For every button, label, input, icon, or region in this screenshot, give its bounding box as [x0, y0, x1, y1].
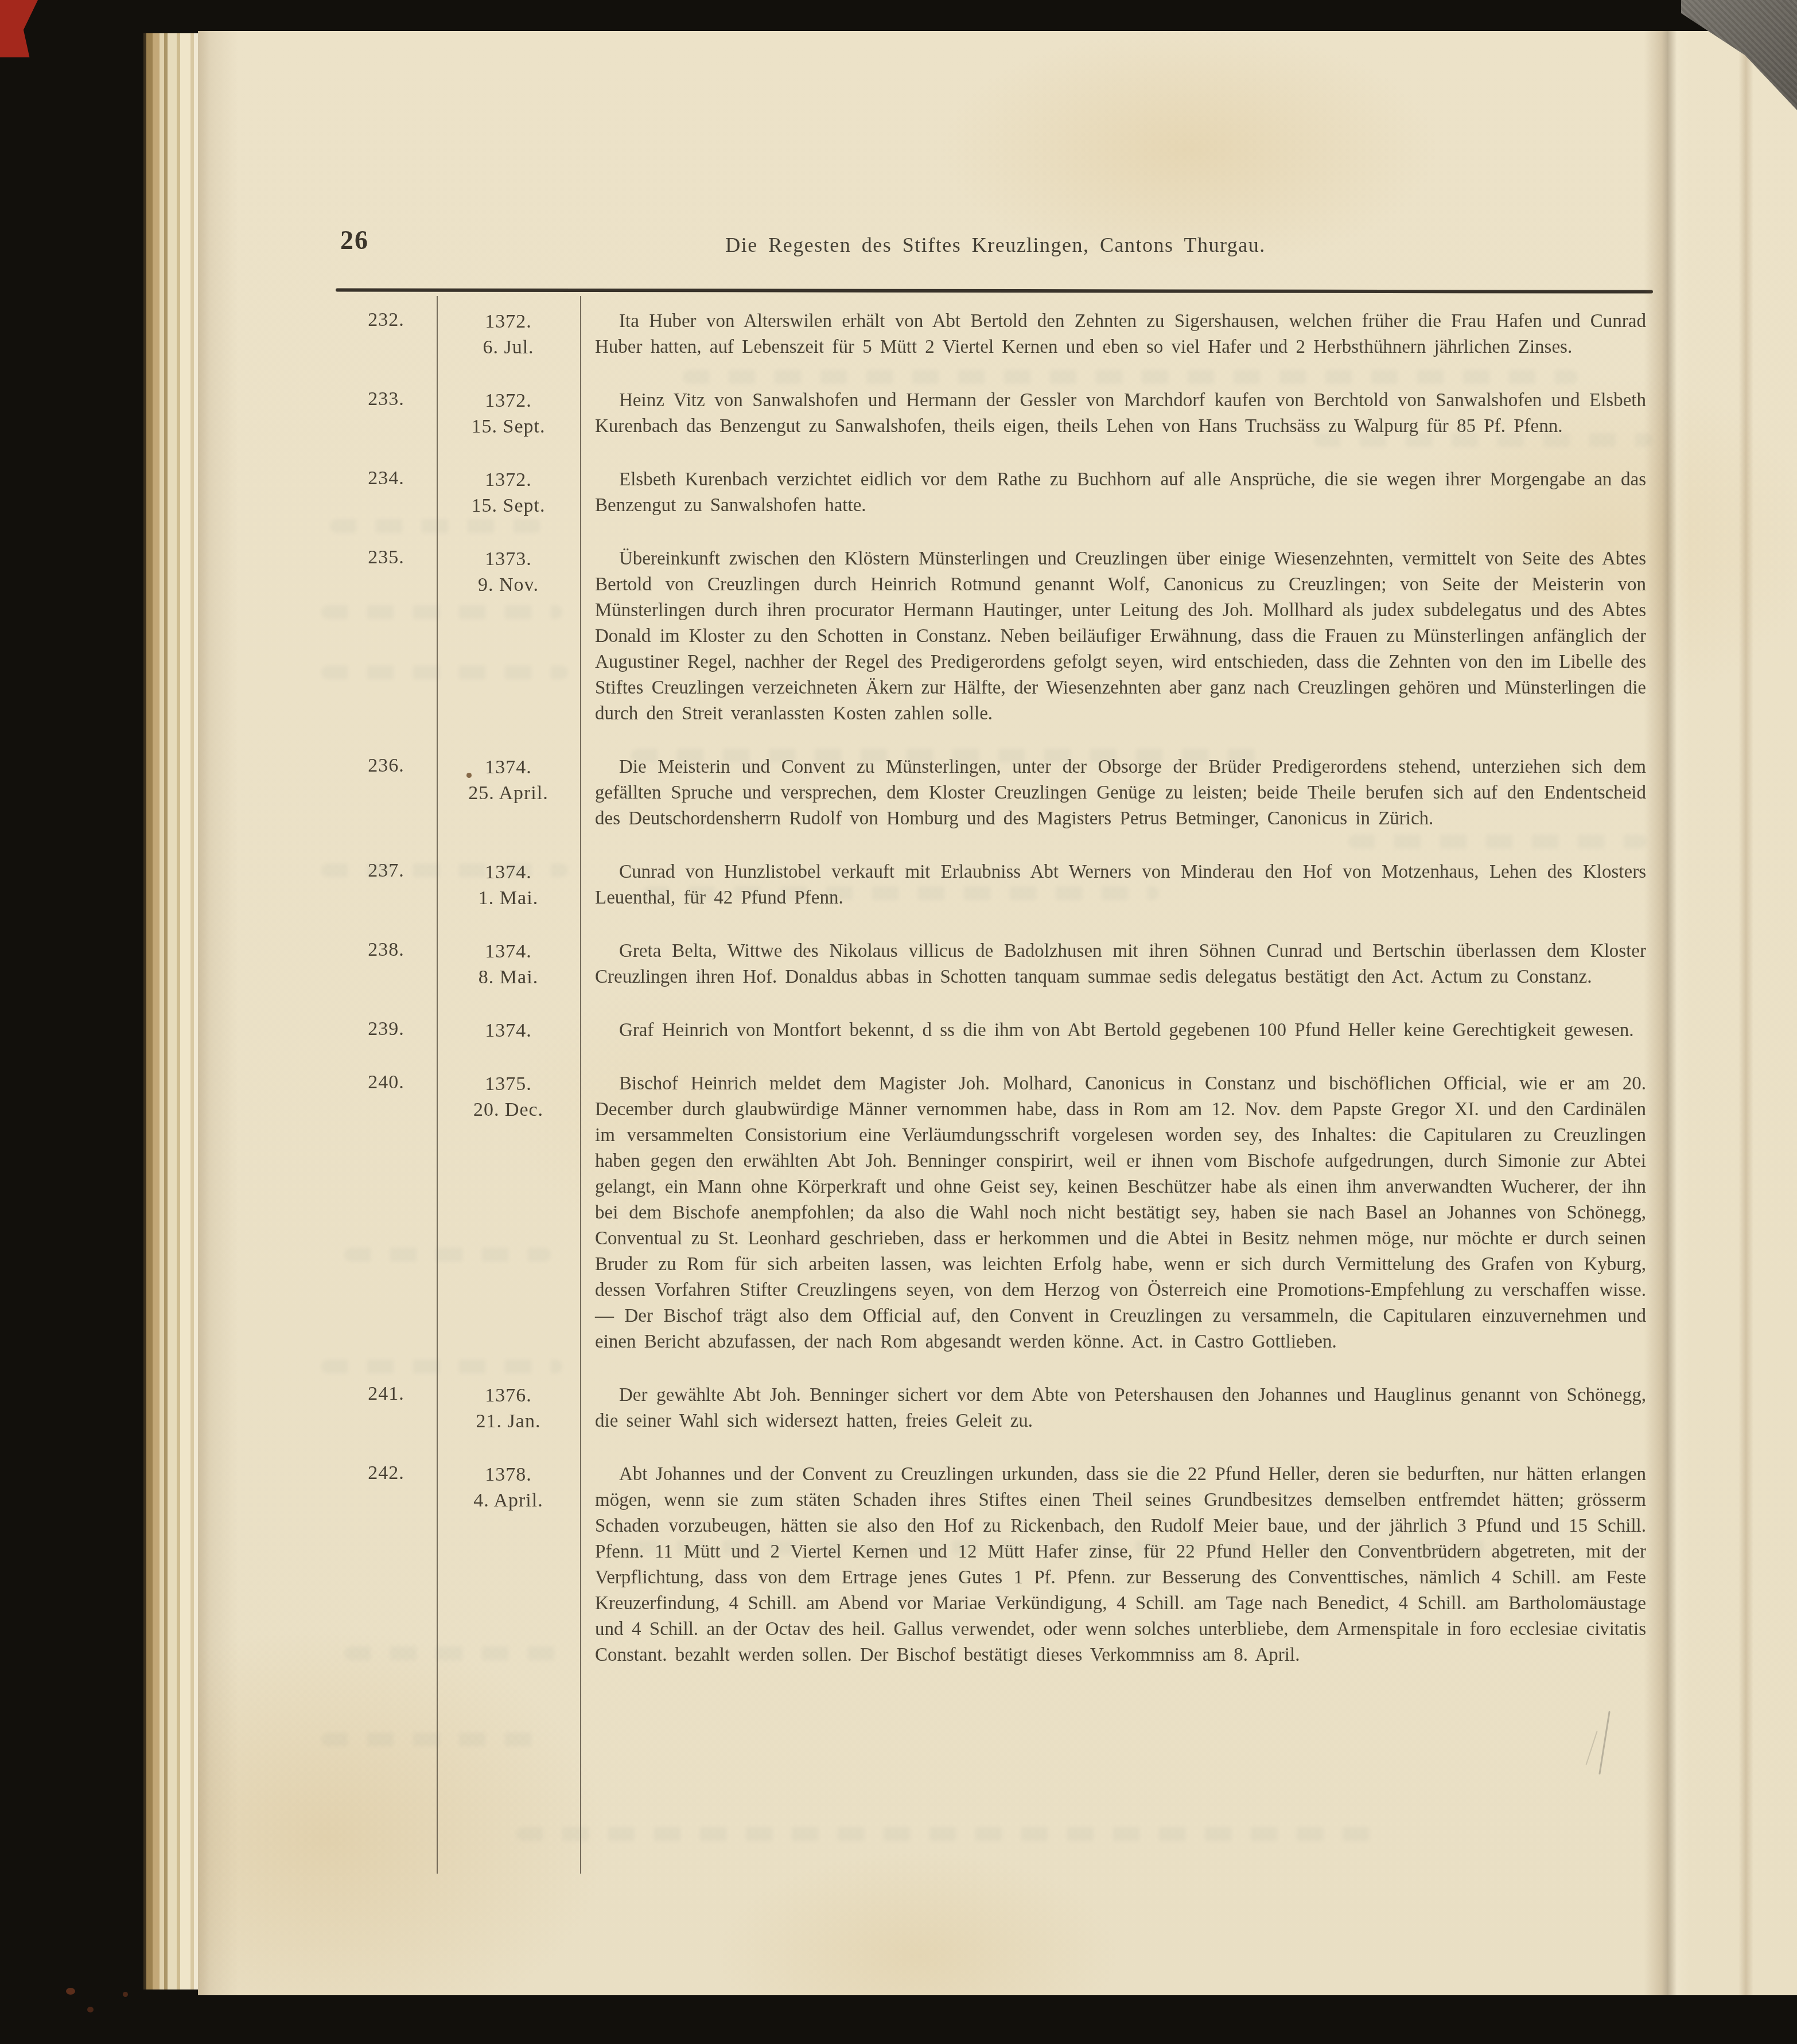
regest-entry: 241. 1376. 21. Jan. Der gewählte Abt Joh…	[336, 1383, 1653, 1434]
regest-entry: 242. 1378. 4. April. Abt Johannes und de…	[336, 1462, 1653, 1668]
regesten-list: 232. 1372. 6. Jul. Ita Huber von Altersw…	[336, 309, 1653, 1668]
regest-entry: 238. 1374. 8. Mai. Greta Belta, Wittwe d…	[336, 939, 1653, 990]
entry-number: 232.	[336, 309, 437, 331]
entry-year: 1378.	[437, 1462, 580, 1488]
entry-year: 1372.	[437, 388, 580, 414]
entry-year: 1373.	[437, 546, 580, 572]
bleed-through-ghost	[683, 370, 1578, 384]
regest-entry: 235. 1373. 9. Nov. Übereinkunft zwischen…	[336, 546, 1653, 727]
entry-date: 1372. 15. Sept.	[437, 388, 580, 439]
bleed-through-ghost	[321, 1732, 551, 1746]
entry-day: 25. April.	[437, 780, 580, 806]
bleed-through-ghost	[344, 1248, 551, 1262]
pencil-mark	[1585, 1731, 1597, 1765]
entry-day: 9. Nov.	[437, 572, 580, 598]
entry-number: 236.	[336, 754, 437, 777]
entry-text: Cunrad von Hunzlistobel verkauft mit Erl…	[580, 859, 1653, 911]
regest-entry: 240. 1375. 20. Dec. Bischof Heinrich mel…	[336, 1071, 1653, 1355]
entry-year: 1375.	[437, 1071, 580, 1097]
bleed-through-ghost	[631, 1540, 1492, 1554]
entry-year: 1374.	[437, 754, 580, 780]
entry-year: 1372.	[437, 309, 580, 334]
rust-speck	[66, 1988, 75, 1995]
entry-date: 1372. 6. Jul.	[437, 309, 580, 360]
regest-entry: 236. 1374. 25. April. Die Meisterin und …	[336, 754, 1653, 832]
entry-day: 4. April.	[437, 1488, 580, 1513]
regest-entry: 232. 1372. 6. Jul. Ita Huber von Altersw…	[336, 309, 1653, 360]
entry-text: Der gewählte Abt Joh. Benninger sichert …	[580, 1383, 1653, 1434]
entry-date: 1375. 20. Dec.	[437, 1071, 580, 1123]
bleed-through-ghost	[1314, 433, 1652, 447]
header-rule	[336, 288, 1653, 293]
page-fold-crease	[1644, 31, 1690, 1995]
bleed-through-ghost	[1348, 835, 1647, 848]
entry-year: 1374.	[437, 939, 580, 964]
entry-number: 240.	[336, 1071, 437, 1093]
entry-day: 20. Dec.	[437, 1097, 580, 1123]
entry-number: 234.	[336, 467, 437, 489]
entry-year: 1374.	[437, 1018, 580, 1044]
entry-text: Elsbeth Kurenbach verzichtet eidlich vor…	[580, 467, 1653, 519]
bleed-through-ghost	[631, 749, 1262, 762]
entry-year: 1376.	[437, 1383, 580, 1408]
bleed-through-ghost	[516, 1827, 1377, 1841]
red-mark	[0, 0, 38, 57]
entry-text: Die Meisterin und Convent zu Münsterling…	[580, 754, 1653, 832]
pencil-mark	[1598, 1711, 1610, 1774]
page-edges-gutter	[143, 33, 198, 1990]
bleed-through-ghost	[321, 1360, 562, 1373]
rust-speck	[123, 1992, 128, 1997]
bleed-through-ghost	[330, 519, 542, 533]
entry-number: 242.	[336, 1462, 437, 1484]
bleed-through-ghost	[643, 886, 1159, 900]
book-page: 26 Die Regesten des Stiftes Kreuzlingen,…	[198, 31, 1797, 1995]
bleed-through-ghost	[321, 863, 568, 877]
foxing-speck	[466, 773, 472, 778]
bleed-through-ghost	[321, 665, 568, 679]
page-number: 26	[340, 225, 369, 255]
entry-date: 1374. 25. April.	[437, 754, 580, 806]
rust-speck	[87, 2007, 94, 2012]
entry-text: Greta Belta, Wittwe des Nikolaus villicu…	[580, 939, 1653, 990]
entry-date: 1378. 4. April.	[437, 1462, 580, 1513]
fore-edge-line	[1738, 31, 1753, 1995]
entry-date: 1374. 8. Mai.	[437, 939, 580, 990]
entry-date: 1372. 15. Sept.	[437, 467, 580, 519]
entry-day: 15. Sept.	[437, 414, 580, 439]
entry-day: 15. Sept.	[437, 493, 580, 519]
entry-number: 239.	[336, 1018, 437, 1040]
entry-text: Übereinkunft zwischen den Klöstern Münst…	[580, 546, 1653, 727]
entry-text: Heinz Vitz von Sanwalshofen und Hermann …	[580, 388, 1653, 439]
entry-date: 1373. 9. Nov.	[437, 546, 580, 598]
entry-day: 1. Mai.	[437, 885, 580, 911]
regest-entry: 234. 1372. 15. Sept. Elsbeth Kurenbach v…	[336, 467, 1653, 519]
regest-entry: 239. 1374. Graf Heinrich von Montfort be…	[336, 1018, 1653, 1044]
entry-date: 1374.	[437, 1018, 580, 1044]
entry-day: 21. Jan.	[437, 1408, 580, 1434]
entry-day: 8. Mai.	[437, 964, 580, 990]
entry-text: Bischof Heinrich meldet dem Magister Joh…	[580, 1071, 1653, 1355]
entry-date: 1376. 21. Jan.	[437, 1383, 580, 1434]
book-scan: { "page": { "number": "26", "header": "D…	[0, 0, 1797, 2044]
entry-number: 238.	[336, 939, 437, 961]
running-header: Die Regesten des Stiftes Kreuzlingen, Ca…	[594, 233, 1397, 257]
entry-number: 233.	[336, 388, 437, 410]
entry-number: 241.	[336, 1383, 437, 1405]
bleed-through-ghost	[321, 605, 562, 619]
entry-day: 6. Jul.	[437, 334, 580, 360]
entry-year: 1372.	[437, 467, 580, 493]
entry-text: Graf Heinrich von Montfort bekennt, d ss…	[580, 1018, 1653, 1044]
entry-text: Ita Huber von Alterswilen erhält von Abt…	[580, 309, 1653, 360]
entry-text: Abt Johannes und der Convent zu Creuzlin…	[580, 1462, 1653, 1668]
bleed-through-ghost	[344, 1646, 562, 1660]
regest-entry: 233. 1372. 15. Sept. Heinz Vitz von Sanw…	[336, 388, 1653, 439]
entry-number: 235.	[336, 546, 437, 569]
